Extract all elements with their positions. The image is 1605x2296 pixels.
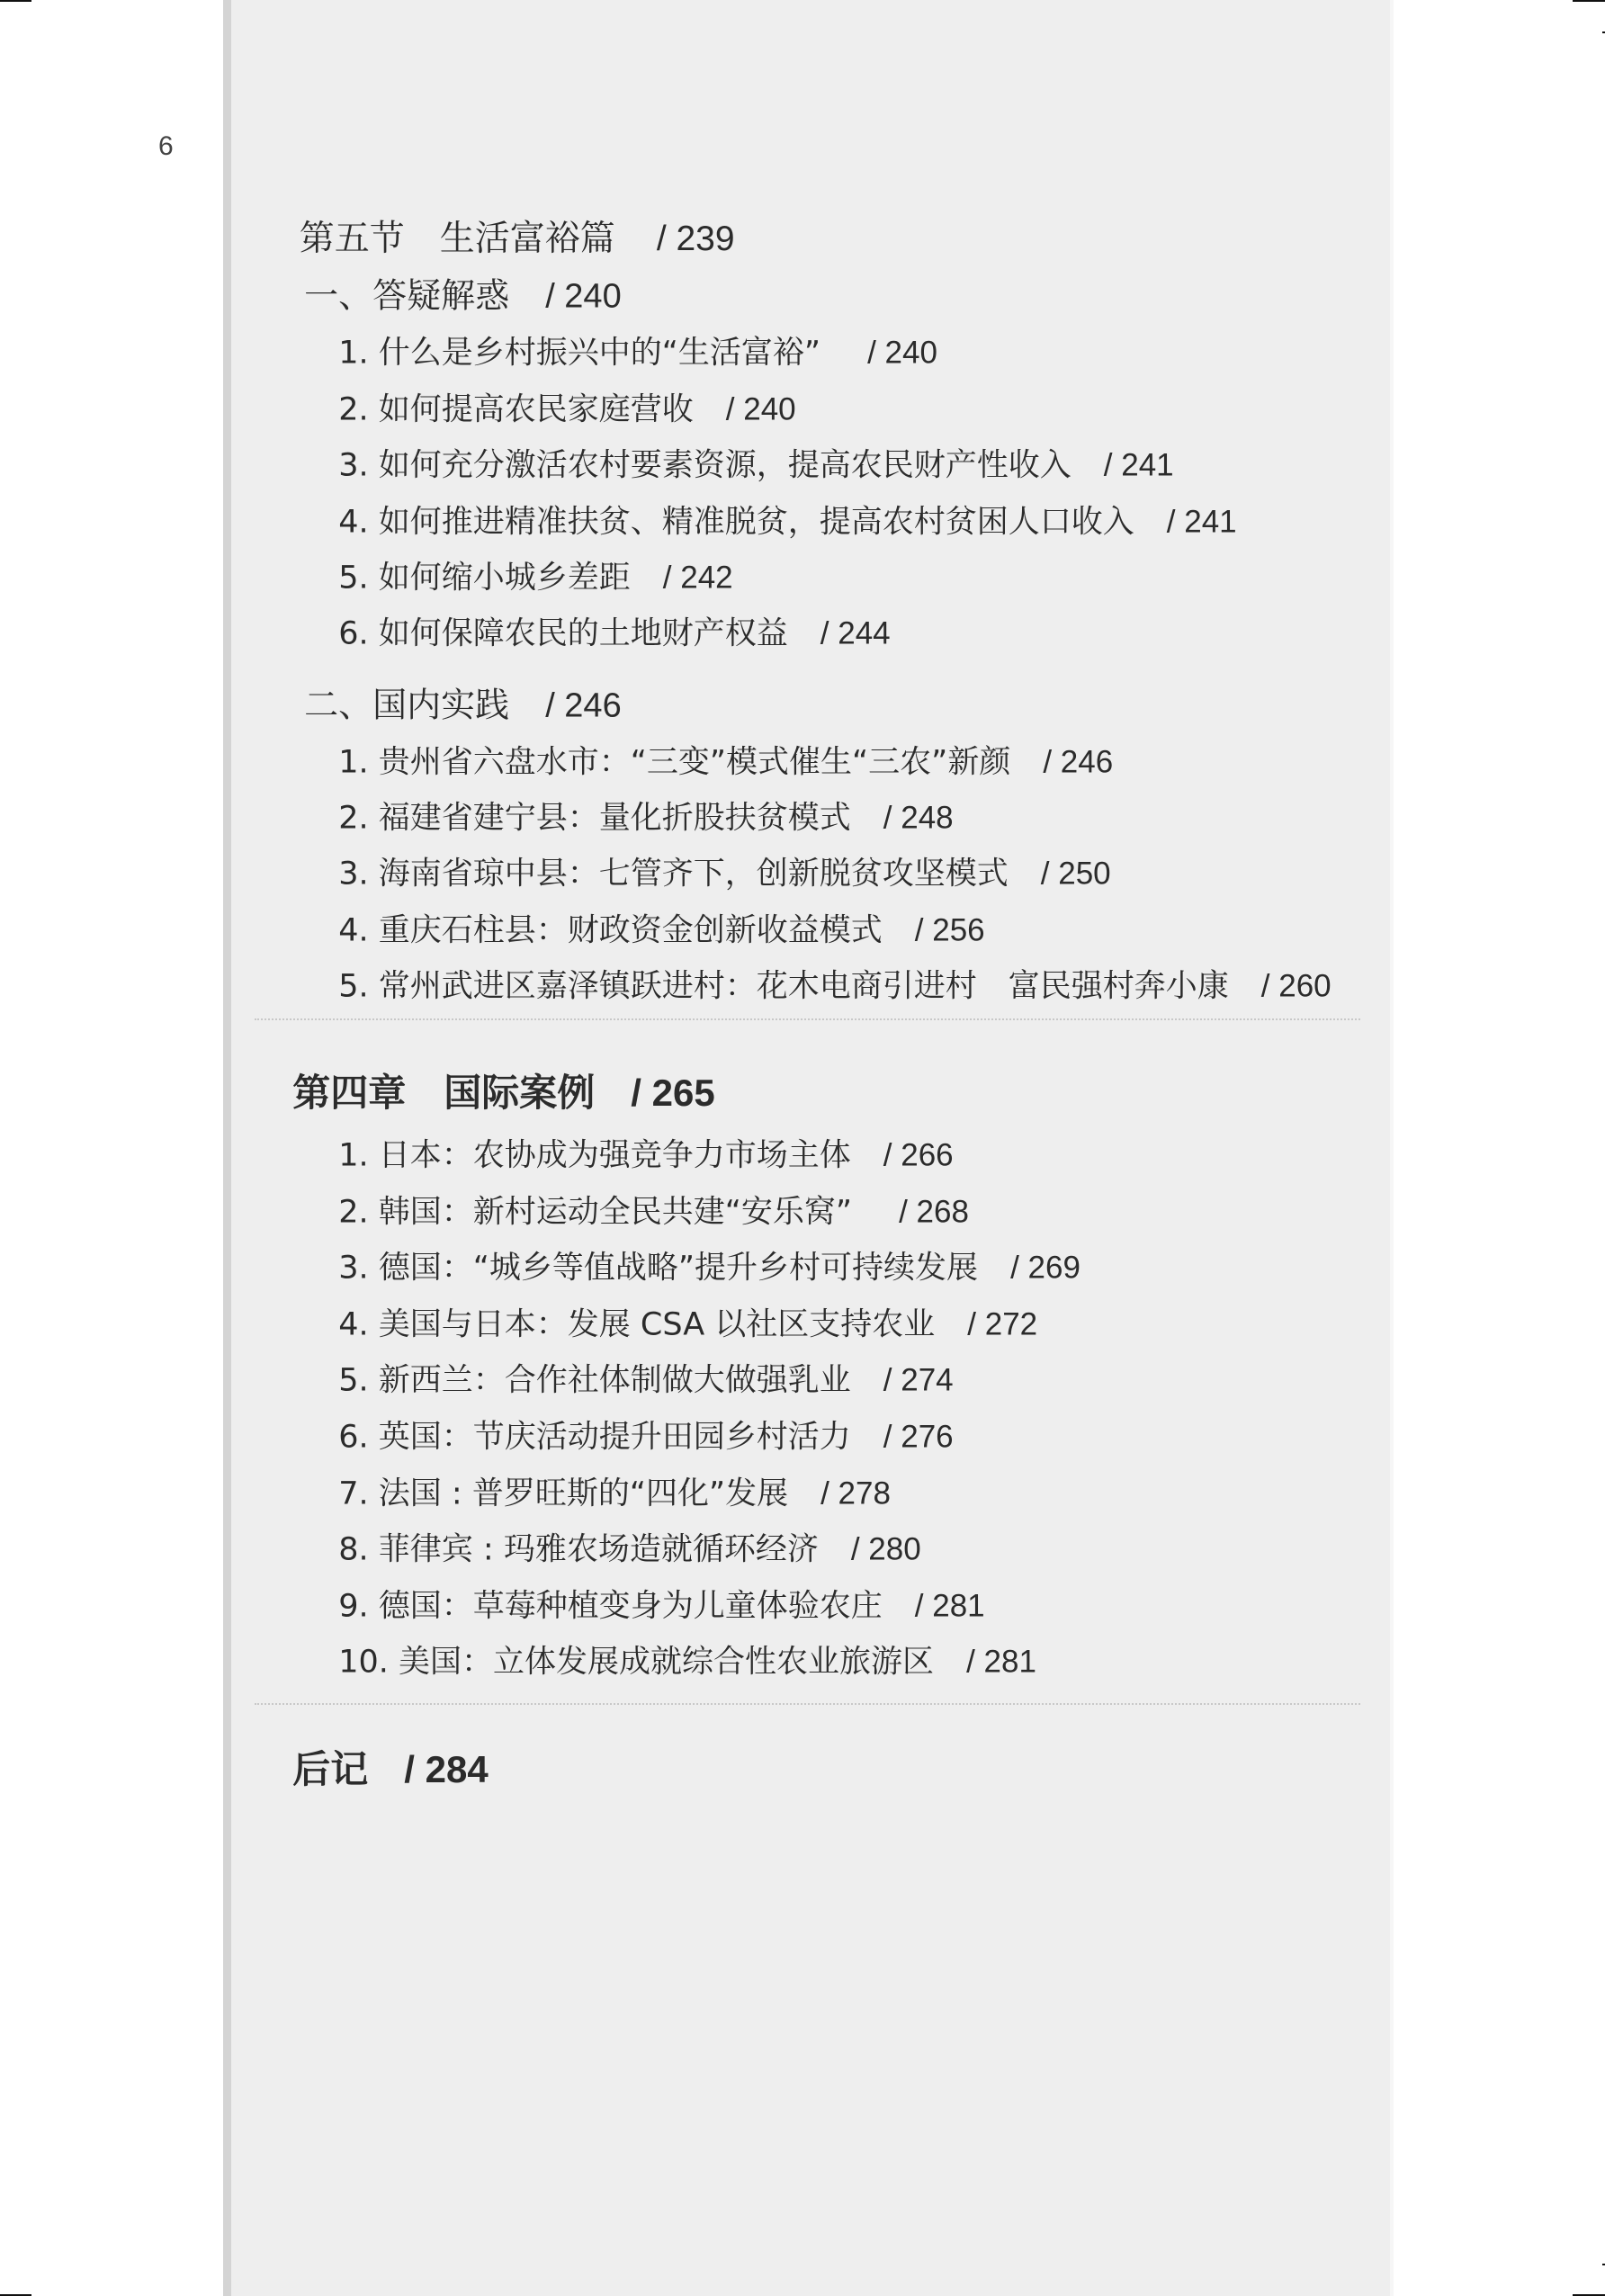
toc-entry[interactable]: 10. 美国：立体发展成就综合性农业旅游区/ 281: [318, 1615, 1036, 1679]
toc-entry-title: 6. 如何保障农民的土地财产权益: [338, 616, 788, 652]
toc-page-ref: / 260: [1261, 969, 1332, 1004]
toc-entry[interactable]: 5. 常州武进区嘉泽镇跃进村：花木电商引进村 富民强村奔小康/ 260: [318, 939, 1332, 1003]
toc-entry[interactable]: 3. 海南省琼中县：七管齐下，创新脱贫攻坚模式/ 250: [318, 827, 1111, 891]
toc-afterword-heading[interactable]: 后记/ 284: [266, 1713, 489, 1789]
toc-page-ref: / 276: [883, 1420, 954, 1455]
toc-entry[interactable]: 9. 德国：草莓种植变身为儿童体验农庄/ 281: [318, 1559, 985, 1623]
toc-entry[interactable]: 5. 如何缩小城乡差距/ 242: [318, 531, 733, 595]
toc-entry-title: 5. 常州武进区嘉泽镇跃进村：花木电商引进村 富民强村奔小康: [338, 969, 1229, 1005]
toc-entry[interactable]: 3. 德国：“城乡等值战略”提升乡村可持续发展/ 269: [318, 1221, 1080, 1285]
toc-entry[interactable]: 4. 重庆石柱县：财政资金创新收益模式/ 256: [318, 883, 985, 947]
toc-subsection-heading[interactable]: 二、国内实践/ 246: [282, 654, 622, 723]
crop-mark-top-right: [1573, 0, 1605, 2]
toc-afterword-title: 后记: [292, 1747, 368, 1791]
toc-entry[interactable]: 1. 贵州省六盘水市：“三变”模式催生“三农”新颜/ 246: [318, 715, 1113, 779]
toc-page-ref: / 241: [1167, 505, 1237, 540]
toc-entry[interactable]: 1. 日本：农协成为强竞争力市场主体/ 266: [318, 1108, 954, 1172]
toc-entry[interactable]: 4. 美国与日本：发展 CSA 以社区支持农业/ 272: [318, 1278, 1037, 1341]
toc-entry[interactable]: 4. 如何推进精准扶贫、精准脱贫，提高农村贫困人口收入/ 241: [318, 475, 1237, 539]
toc-entry[interactable]: 2. 韩国：新村运动全民共建“安乐窝”/ 268: [318, 1165, 969, 1229]
toc-entry[interactable]: 6. 如何保障农民的土地财产权益/ 244: [318, 587, 891, 650]
toc-page-ref: / 244: [820, 616, 891, 651]
toc-page-ref: / 239: [657, 220, 735, 258]
crop-mark-top-left: [0, 0, 31, 2]
toc-entry[interactable]: 5. 新西兰：合作社体制做大做强乳业/ 274: [318, 1333, 954, 1397]
toc-page-ref: / 281: [966, 1645, 1036, 1680]
toc-chapter-heading[interactable]: 第四章 国际案例/ 265: [266, 1036, 715, 1112]
toc-entry[interactable]: 2. 如何提高农民家庭营收/ 240: [318, 363, 796, 426]
toc-page-ref: / 246: [1043, 745, 1113, 780]
toc-entry[interactable]: 6. 英国：节庆活动提升田园乡村活力/ 276: [318, 1390, 954, 1454]
toc-page-ref: / 240: [867, 336, 937, 371]
toc-entry[interactable]: 3. 如何充分激活农村要素资源，提高农民财产性收入/ 241: [318, 418, 1174, 482]
toc-page-ref: / 250: [1041, 857, 1111, 892]
toc-entry[interactable]: 1. 什么是乡村振兴中的“生活富裕”/ 240: [318, 306, 937, 370]
toc-panel-edge: [1390, 0, 1394, 2296]
dotted-separator: [255, 1703, 1360, 1705]
toc-entry[interactable]: 8. 菲律宾 : 玛雅农场造就循环经济/ 280: [318, 1502, 921, 1566]
toc-page-ref: / 284: [404, 1748, 488, 1790]
dotted-separator: [255, 1018, 1360, 1020]
toc-entry[interactable]: 7. 法国 : 普罗旺斯的“四化”发展/ 278: [318, 1447, 891, 1511]
toc-entry-title: 10. 美国：立体发展成就综合性农业旅游区: [338, 1645, 934, 1681]
page-number: 6: [158, 131, 174, 162]
toc-entry[interactable]: 2. 福建省建宁县：量化折股扶贫模式/ 248: [318, 771, 954, 835]
toc-page-ref: / 272: [967, 1307, 1037, 1342]
toc-subsection-heading[interactable]: 一、答疑解惑/ 240: [282, 245, 622, 314]
